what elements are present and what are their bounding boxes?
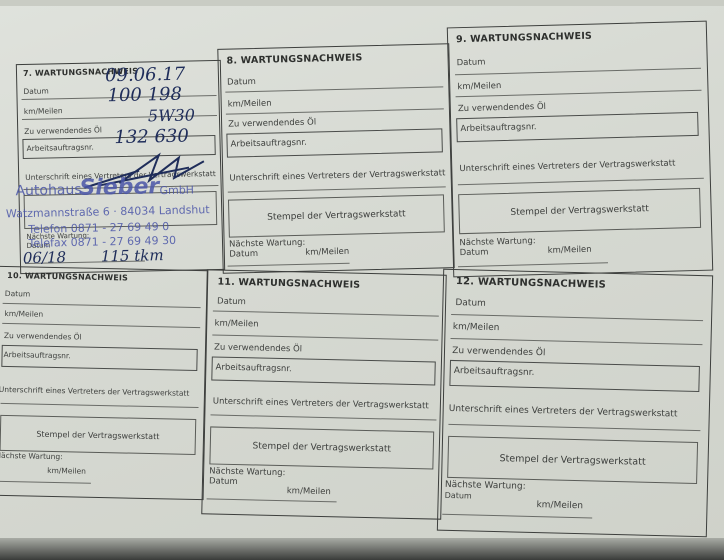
service-card-7: 7. WARTUNGSNACHWEIS Datum km/Meilen Zu v…	[16, 60, 225, 274]
datum-label: Datum	[217, 297, 246, 308]
stempel-box: Stempel der Vertragswerkstatt	[0, 415, 196, 455]
datum-line	[451, 314, 703, 321]
stempel-box: Stempel der Vertragswerkstatt	[458, 188, 701, 234]
km-line	[451, 338, 703, 345]
card-title: 11. WARTUNGSNACHWEIS	[217, 277, 360, 291]
service-card-11: 11. WARTUNGSNACHWEIS Datum km/Meilen Zu …	[201, 269, 446, 519]
hw-naechste-km: 115 tkm	[101, 246, 164, 265]
oel-label: Zu verwendendes Öl	[4, 331, 82, 342]
oel-label: Zu verwendendes Öl	[228, 117, 316, 129]
service-card-10: 10. WARTUNGSNACHWEIS Datum km/Meilen Zu …	[0, 266, 208, 500]
km-line	[226, 108, 444, 114]
datum-line	[3, 303, 201, 308]
card-title: 10. WARTUNGSNACHWEIS	[7, 271, 128, 283]
datum-line	[225, 86, 443, 92]
naechste-km-label: km/Meilen	[47, 466, 86, 476]
naechste-km-label: km/Meilen	[287, 486, 331, 497]
naechste-datum-label: Datum	[460, 247, 489, 258]
service-card-8: 8. WARTUNGSNACHWEIS Datum km/Meilen Zu v…	[217, 43, 454, 274]
datum-line	[213, 310, 439, 316]
km-label: km/Meilen	[24, 106, 63, 116]
hw-auftrag: 132 630	[114, 126, 189, 149]
naechste-line	[0, 481, 91, 484]
naechste-label: Nächste Wartung:	[0, 451, 63, 461]
oel-label: Zu verwendendes Öl	[458, 102, 546, 114]
km-label: km/Meilen	[228, 99, 272, 110]
maintenance-grid: 7. WARTUNGSNACHWEIS Datum km/Meilen Zu v…	[0, 0, 724, 560]
datum-label: Datum	[227, 77, 256, 88]
km-label: km/Meilen	[214, 319, 258, 330]
km-line	[212, 334, 438, 340]
unterschrift-label: Unterschrift eines Vertreters der Vertra…	[213, 396, 429, 411]
stempel-box: Stempel der Vertragswerkstatt	[447, 436, 698, 484]
hw-km: 100 198	[107, 84, 182, 107]
dealer-stamp-suffix: GmbH	[159, 183, 194, 197]
datum-label: Datum	[455, 298, 486, 309]
service-card-9: 9. WARTUNGSNACHWEIS Datum km/Meilen Zu v…	[447, 21, 713, 278]
unterschrift-label: Unterschrift eines Vertreters der Vertra…	[459, 159, 675, 175]
km-label: km/Meilen	[4, 309, 43, 319]
datum-label: Datum	[457, 57, 486, 68]
auftrag-label: Arbeitsauftragsnr.	[454, 366, 535, 378]
unterschrift-label: Unterschrift eines Vertreters der Vertra…	[0, 385, 189, 398]
naechste-line	[442, 514, 592, 519]
unterschrift-line	[458, 178, 704, 185]
datum-label: Datum	[5, 289, 31, 299]
km-label: km/Meilen	[457, 81, 501, 92]
naechste-km-label: km/Meilen	[305, 247, 349, 258]
naechste-line	[458, 262, 608, 267]
auftrag-label: Arbeitsauftragsnr.	[215, 363, 291, 375]
naechste-label: Nächste Wartung:	[445, 480, 526, 492]
auftrag-label: Arbeitsauftragsnr.	[3, 350, 70, 360]
hw-oel: 5W30	[148, 105, 195, 125]
unterschrift-line	[1, 403, 199, 408]
naechste-line	[207, 498, 337, 502]
hw-naechste-datum: 06/18	[23, 248, 67, 267]
card-title: 8. WARTUNGSNACHWEIS	[226, 52, 362, 66]
card-title: 12. WARTUNGSNACHWEIS	[456, 276, 606, 291]
card-title: 9. WARTUNGSNACHWEIS	[456, 31, 592, 46]
naechste-km-label: km/Meilen	[536, 500, 583, 511]
naechste-datum-label: Datum	[229, 249, 258, 260]
stempel-box: Stempel der Vertragswerkstatt	[209, 426, 434, 469]
unterschrift-line	[448, 424, 700, 431]
dealer-stamp-brand: Sieber	[79, 174, 159, 201]
auftrag-label: Arbeitsauftragsnr.	[460, 122, 536, 134]
datum-line	[455, 68, 701, 75]
oel-label: Zu verwendendes Öl	[452, 346, 545, 358]
naechste-line	[228, 263, 350, 267]
oel-label: Zu verwendendes Öl	[214, 342, 302, 354]
auftrag-label: Arbeitsauftragsnr.	[231, 138, 307, 150]
stempel-box: Stempel der Vertragswerkstatt	[228, 194, 445, 237]
km-line	[2, 323, 200, 328]
unterschrift-line	[228, 186, 446, 192]
unterschrift-label: Unterschrift eines Vertreters der Vertra…	[229, 168, 445, 183]
service-card-12: 12. WARTUNGSNACHWEIS Datum km/Meilen Zu …	[437, 269, 713, 538]
naechste-km-label: km/Meilen	[548, 245, 592, 256]
km-label: km/Meilen	[453, 322, 500, 333]
naechste-datum-label: Datum	[445, 491, 472, 501]
naechste-label: Nächste Wartung:	[229, 238, 305, 250]
naechste-datum-label: Datum	[209, 476, 238, 487]
unterschrift-line	[210, 414, 436, 420]
oel-label: Zu verwendendes Öl	[24, 125, 102, 136]
datum-label: Datum	[23, 86, 49, 96]
unterschrift-label: Unterschrift eines Vertreters der Vertra…	[449, 404, 678, 420]
naechste-label: Nächste Wartung:	[459, 236, 536, 248]
dealer-stamp-name: Autohaus	[15, 182, 81, 199]
